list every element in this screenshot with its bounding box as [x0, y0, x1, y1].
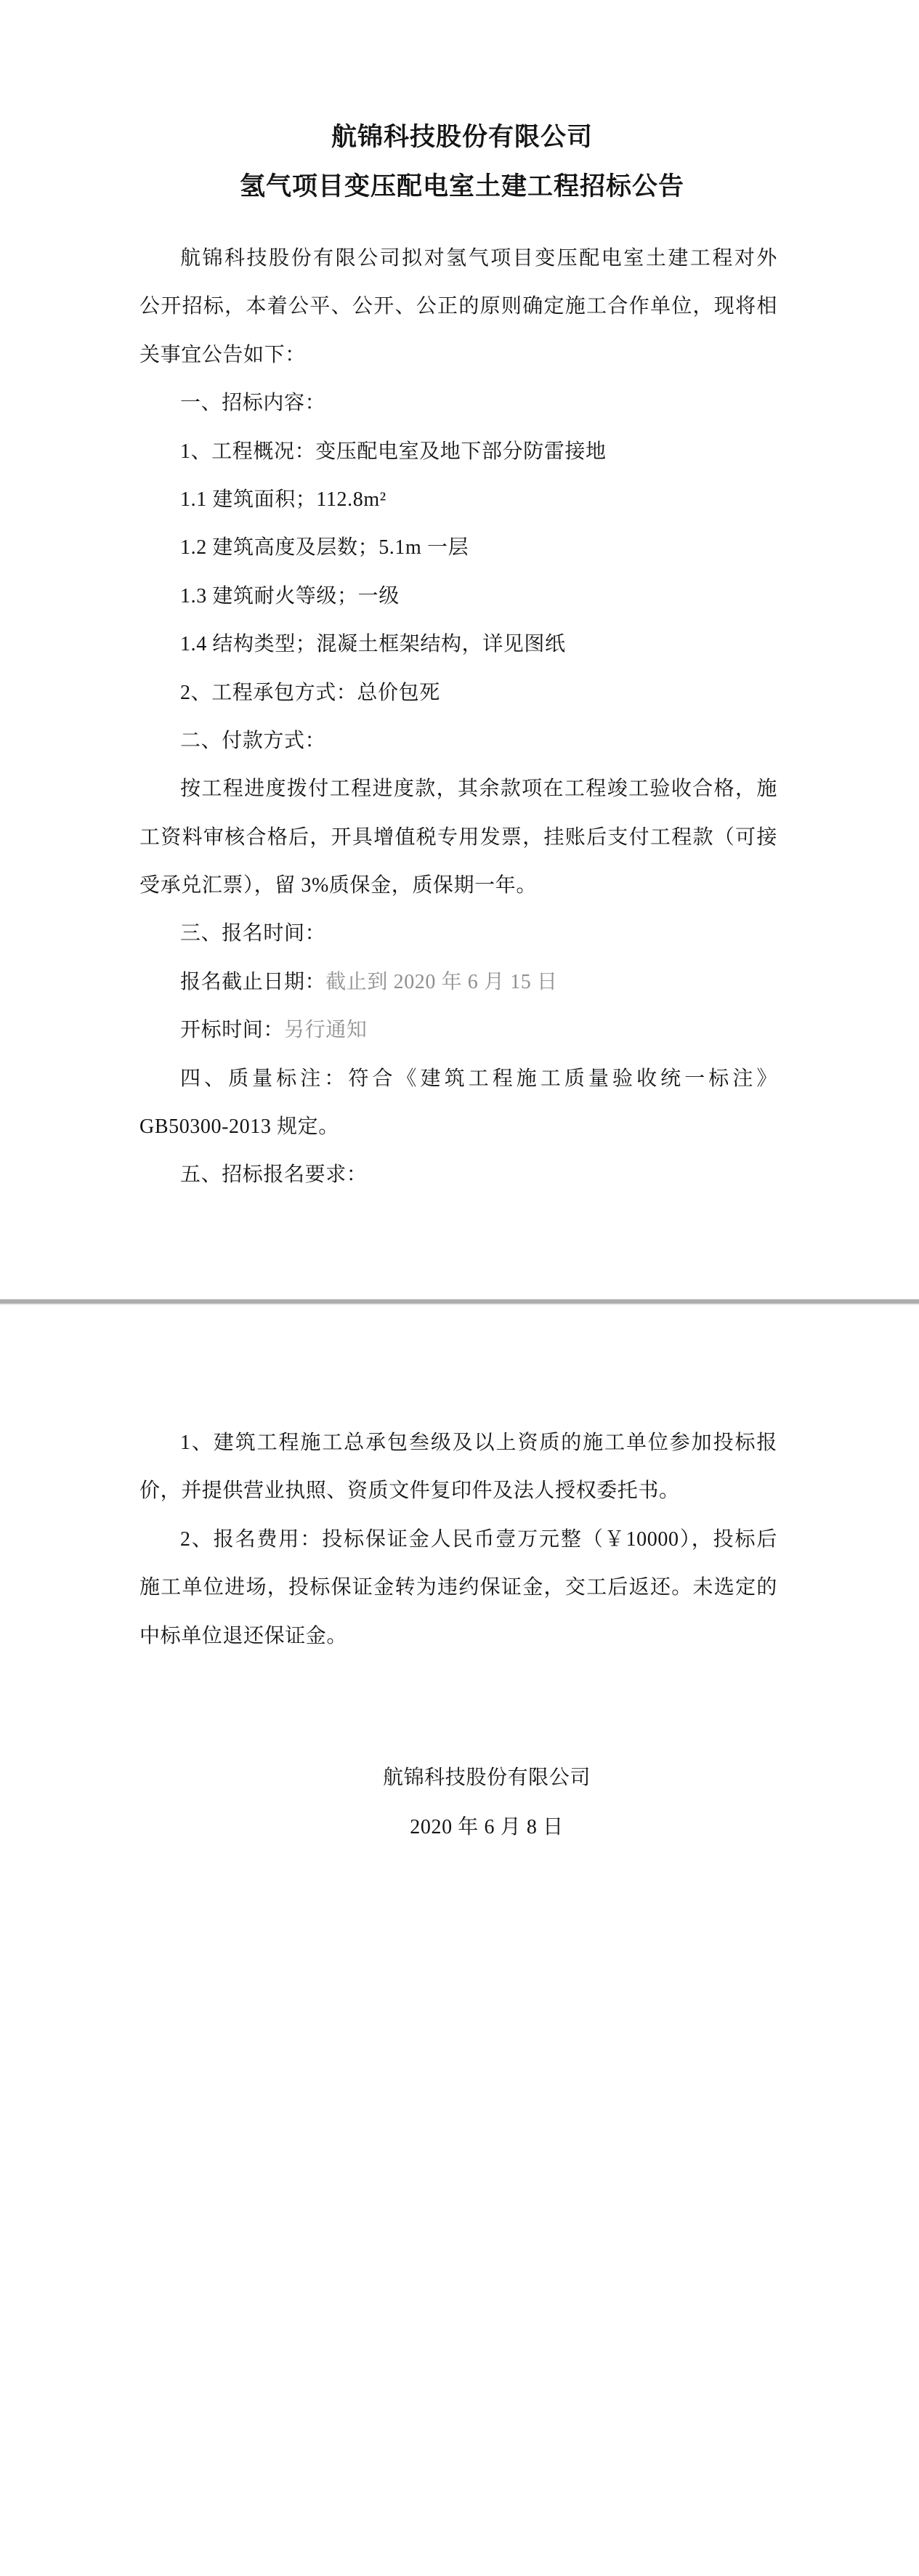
company-title: 航锦科技股份有限公司	[139, 113, 785, 162]
payment-line-2: 工资料审核合格后，开具增值税专用发票，挂账后支付工程款（可接	[139, 814, 777, 862]
requirement1-line-2: 价，并提供营业执照、资质文件复印件及法人授权委托书。	[139, 1467, 777, 1515]
page-break-divider	[0, 1299, 919, 1305]
page2-body: 1、建筑工程施工总承包叁级及以上资质的施工单位参加投标报 价，并提供营业执照、资…	[139, 1419, 777, 1660]
signature-date: 2020 年 6 月 8 日	[168, 1803, 806, 1852]
requirement1-line-1: 1、建筑工程施工总承包叁级及以上资质的施工单位参加投标报	[139, 1419, 777, 1467]
intro-line-3: 关事宜公告如下：	[139, 331, 777, 379]
payment-line-3: 受承兑汇票），留 3%质保金，质保期一年。	[139, 862, 777, 910]
item-project-overview: 1、工程概况：变压配电室及地下部分防雷接地	[139, 428, 777, 476]
payment-line-1: 按工程进度拨付工程进度款，其余款项在工程竣工验收合格，施	[139, 765, 777, 813]
item-contract-mode: 2、工程承包方式：总价包死	[139, 669, 777, 717]
signature-company: 航锦科技股份有限公司	[168, 1753, 806, 1803]
bid-opening-value: 另行通知	[284, 1019, 367, 1041]
section5-heading: 五、招标报名要求：	[139, 1151, 777, 1199]
bid-opening-line: 开标时间：另行通知	[139, 1006, 777, 1054]
section1-heading: 一、招标内容：	[139, 379, 777, 427]
item-building-height: 1.2 建筑高度及层数；5.1m 一层	[139, 524, 777, 572]
announcement-title: 氢气项目变压配电室土建工程招标公告	[139, 162, 785, 211]
signature-block: 航锦科技股份有限公司 2020 年 6 月 8 日	[168, 1753, 806, 1852]
requirement2-line-1: 2、报名费用：投标保证金人民币壹万元整（￥10000），投标后	[139, 1516, 777, 1564]
section4-line-1: 四、质量标注：符合《建筑工程施工质量验收统一标注》	[139, 1055, 777, 1103]
item-building-area: 1.1 建筑面积；112.8m²	[139, 476, 777, 524]
intro-line-1: 航锦科技股份有限公司拟对氢气项目变压配电室土建工程对外	[139, 235, 777, 283]
deadline-label: 报名截止日期：	[180, 971, 325, 993]
requirement2-line-2: 施工单位进场，投标保证金转为违约保证金，交工后返还。未选定的	[139, 1564, 777, 1612]
section4-line-2: GB50300-2013 规定。	[139, 1103, 777, 1151]
bid-opening-label: 开标时间：	[180, 1019, 284, 1041]
section3-heading: 三、报名时间：	[139, 910, 777, 958]
requirement2-line-3: 中标单位退还保证金。	[139, 1612, 777, 1660]
deadline-value: 截止到 2020 年 6 月 15 日	[325, 971, 557, 993]
document-page: 航锦科技股份有限公司 氢气项目变压配电室土建工程招标公告 航锦科技股份有限公司拟…	[0, 0, 919, 2576]
item-fire-rating: 1.3 建筑耐火等级；一级	[139, 573, 777, 621]
page1-body: 航锦科技股份有限公司拟对氢气项目变压配电室土建工程对外 公开招标，本着公平、公开…	[139, 235, 777, 1200]
section2-heading: 二、付款方式：	[139, 717, 777, 765]
intro-line-2: 公开招标，本着公平、公开、公正的原则确定施工合作单位，现将相	[139, 283, 777, 331]
document-title-block: 航锦科技股份有限公司 氢气项目变压配电室土建工程招标公告	[139, 113, 785, 211]
item-structure-type: 1.4 结构类型；混凝土框架结构，详见图纸	[139, 621, 777, 669]
deadline-line: 报名截止日期：截止到 2020 年 6 月 15 日	[139, 958, 777, 1006]
